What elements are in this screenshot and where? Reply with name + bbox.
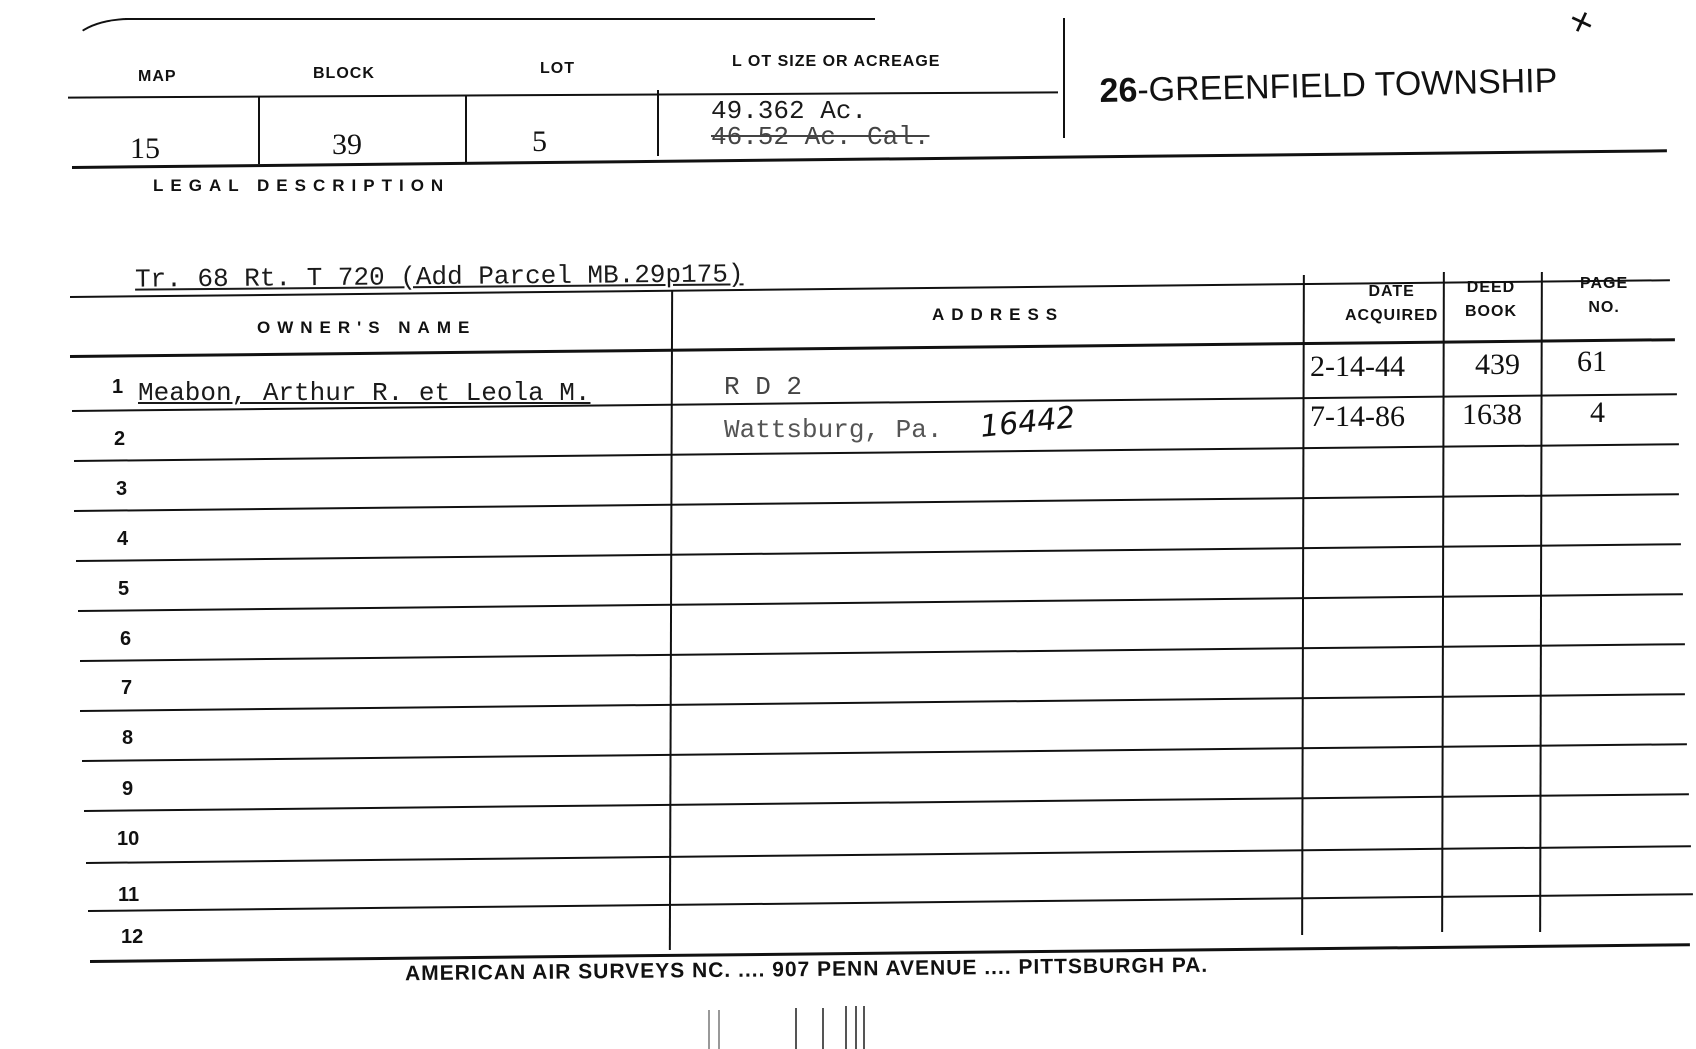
lot-size-label: L OT SIZE OR ACREAGE <box>732 53 940 71</box>
col-divider <box>669 290 673 950</box>
row-line <box>76 543 1681 562</box>
scan-mark <box>845 1006 847 1049</box>
scan-mark <box>822 1008 824 1049</box>
map-label: MAP <box>138 68 177 86</box>
address-cell: R D 2 <box>724 372 802 402</box>
township-name: -GREENFIELD TOWNSHIP <box>1137 62 1558 110</box>
lot-value: 5 <box>532 125 547 159</box>
row-number: 10 <box>117 828 139 851</box>
col-divider <box>657 90 659 156</box>
page-no-cell: 4 <box>1590 396 1605 430</box>
row-line <box>80 693 1685 712</box>
lot-label: LOT <box>540 60 575 78</box>
scan-mark <box>718 1010 720 1049</box>
address-cell: Wattsburg, Pa. <box>724 415 942 445</box>
scan-mark <box>863 1006 865 1049</box>
date-acquired-cell: 2-14-44 <box>1310 350 1405 384</box>
acreage-struck-value: 46.52 Ac. Cal. <box>711 122 929 152</box>
col-divider <box>1301 275 1305 935</box>
zip-handwritten: 16442 <box>978 400 1077 445</box>
col-divider <box>1539 272 1543 932</box>
row-number: 4 <box>117 528 128 551</box>
block-value: 39 <box>332 128 362 162</box>
row-line <box>86 845 1691 864</box>
header-divider <box>68 91 1058 98</box>
legal-description-label: LEGAL DESCRIPTION <box>153 176 450 196</box>
deed-book-cell: 1638 <box>1462 398 1522 432</box>
footer-imprint: AMERICAN AIR SURVEYS NC. .... 907 PENN A… <box>405 954 1208 986</box>
col-divider <box>1441 272 1445 932</box>
col-divider <box>1063 18 1065 138</box>
date-acquired-cell: 7-14-86 <box>1310 400 1405 434</box>
row-number: 9 <box>122 778 133 801</box>
township-title: 26-GREENFIELD TOWNSHIP <box>1099 62 1558 111</box>
row-line <box>74 443 1679 462</box>
row-number: 11 <box>118 884 139 907</box>
scan-mark <box>795 1008 797 1049</box>
card-top-edge <box>125 18 875 20</box>
block-label: BLOCK <box>313 65 375 83</box>
row-number: 3 <box>116 478 127 501</box>
row-number: 1 <box>112 376 123 399</box>
row-number: 6 <box>120 628 131 651</box>
row-number: 12 <box>121 926 143 949</box>
row-line <box>84 793 1689 812</box>
map-value: 15 <box>130 132 160 166</box>
row-number: 7 <box>121 677 132 700</box>
township-number: 26 <box>1099 71 1138 110</box>
page-no-cell: 61 <box>1577 345 1607 379</box>
check-mark-icon: ✕ <box>1565 3 1598 42</box>
date-acquired-header: DATE ACQUIRED <box>1345 280 1438 328</box>
scan-mark <box>708 1010 710 1049</box>
owner-name-header: OWNER'S NAME <box>257 318 476 338</box>
col-divider <box>465 95 467 163</box>
header-bottom-line <box>72 149 1667 169</box>
deed-book-header: DEED BOOK <box>1465 276 1517 324</box>
row-line <box>88 893 1693 912</box>
row-line <box>80 643 1685 662</box>
scan-mark <box>855 1006 857 1049</box>
header-bottom-line <box>70 338 1675 358</box>
row-number: 2 <box>114 428 125 451</box>
owner-name-cell: Meabon, Arthur R. et Leola M. <box>138 378 590 408</box>
row-number: 5 <box>118 578 129 601</box>
row-number: 8 <box>122 727 133 750</box>
row-line <box>74 493 1679 512</box>
col-divider <box>258 96 260 164</box>
deed-book-cell: 439 <box>1475 348 1520 382</box>
page-no-header: PAGE NO. <box>1580 272 1628 320</box>
address-header: ADDRESS <box>932 305 1064 325</box>
card-corner <box>70 18 132 50</box>
row-line <box>82 743 1687 762</box>
